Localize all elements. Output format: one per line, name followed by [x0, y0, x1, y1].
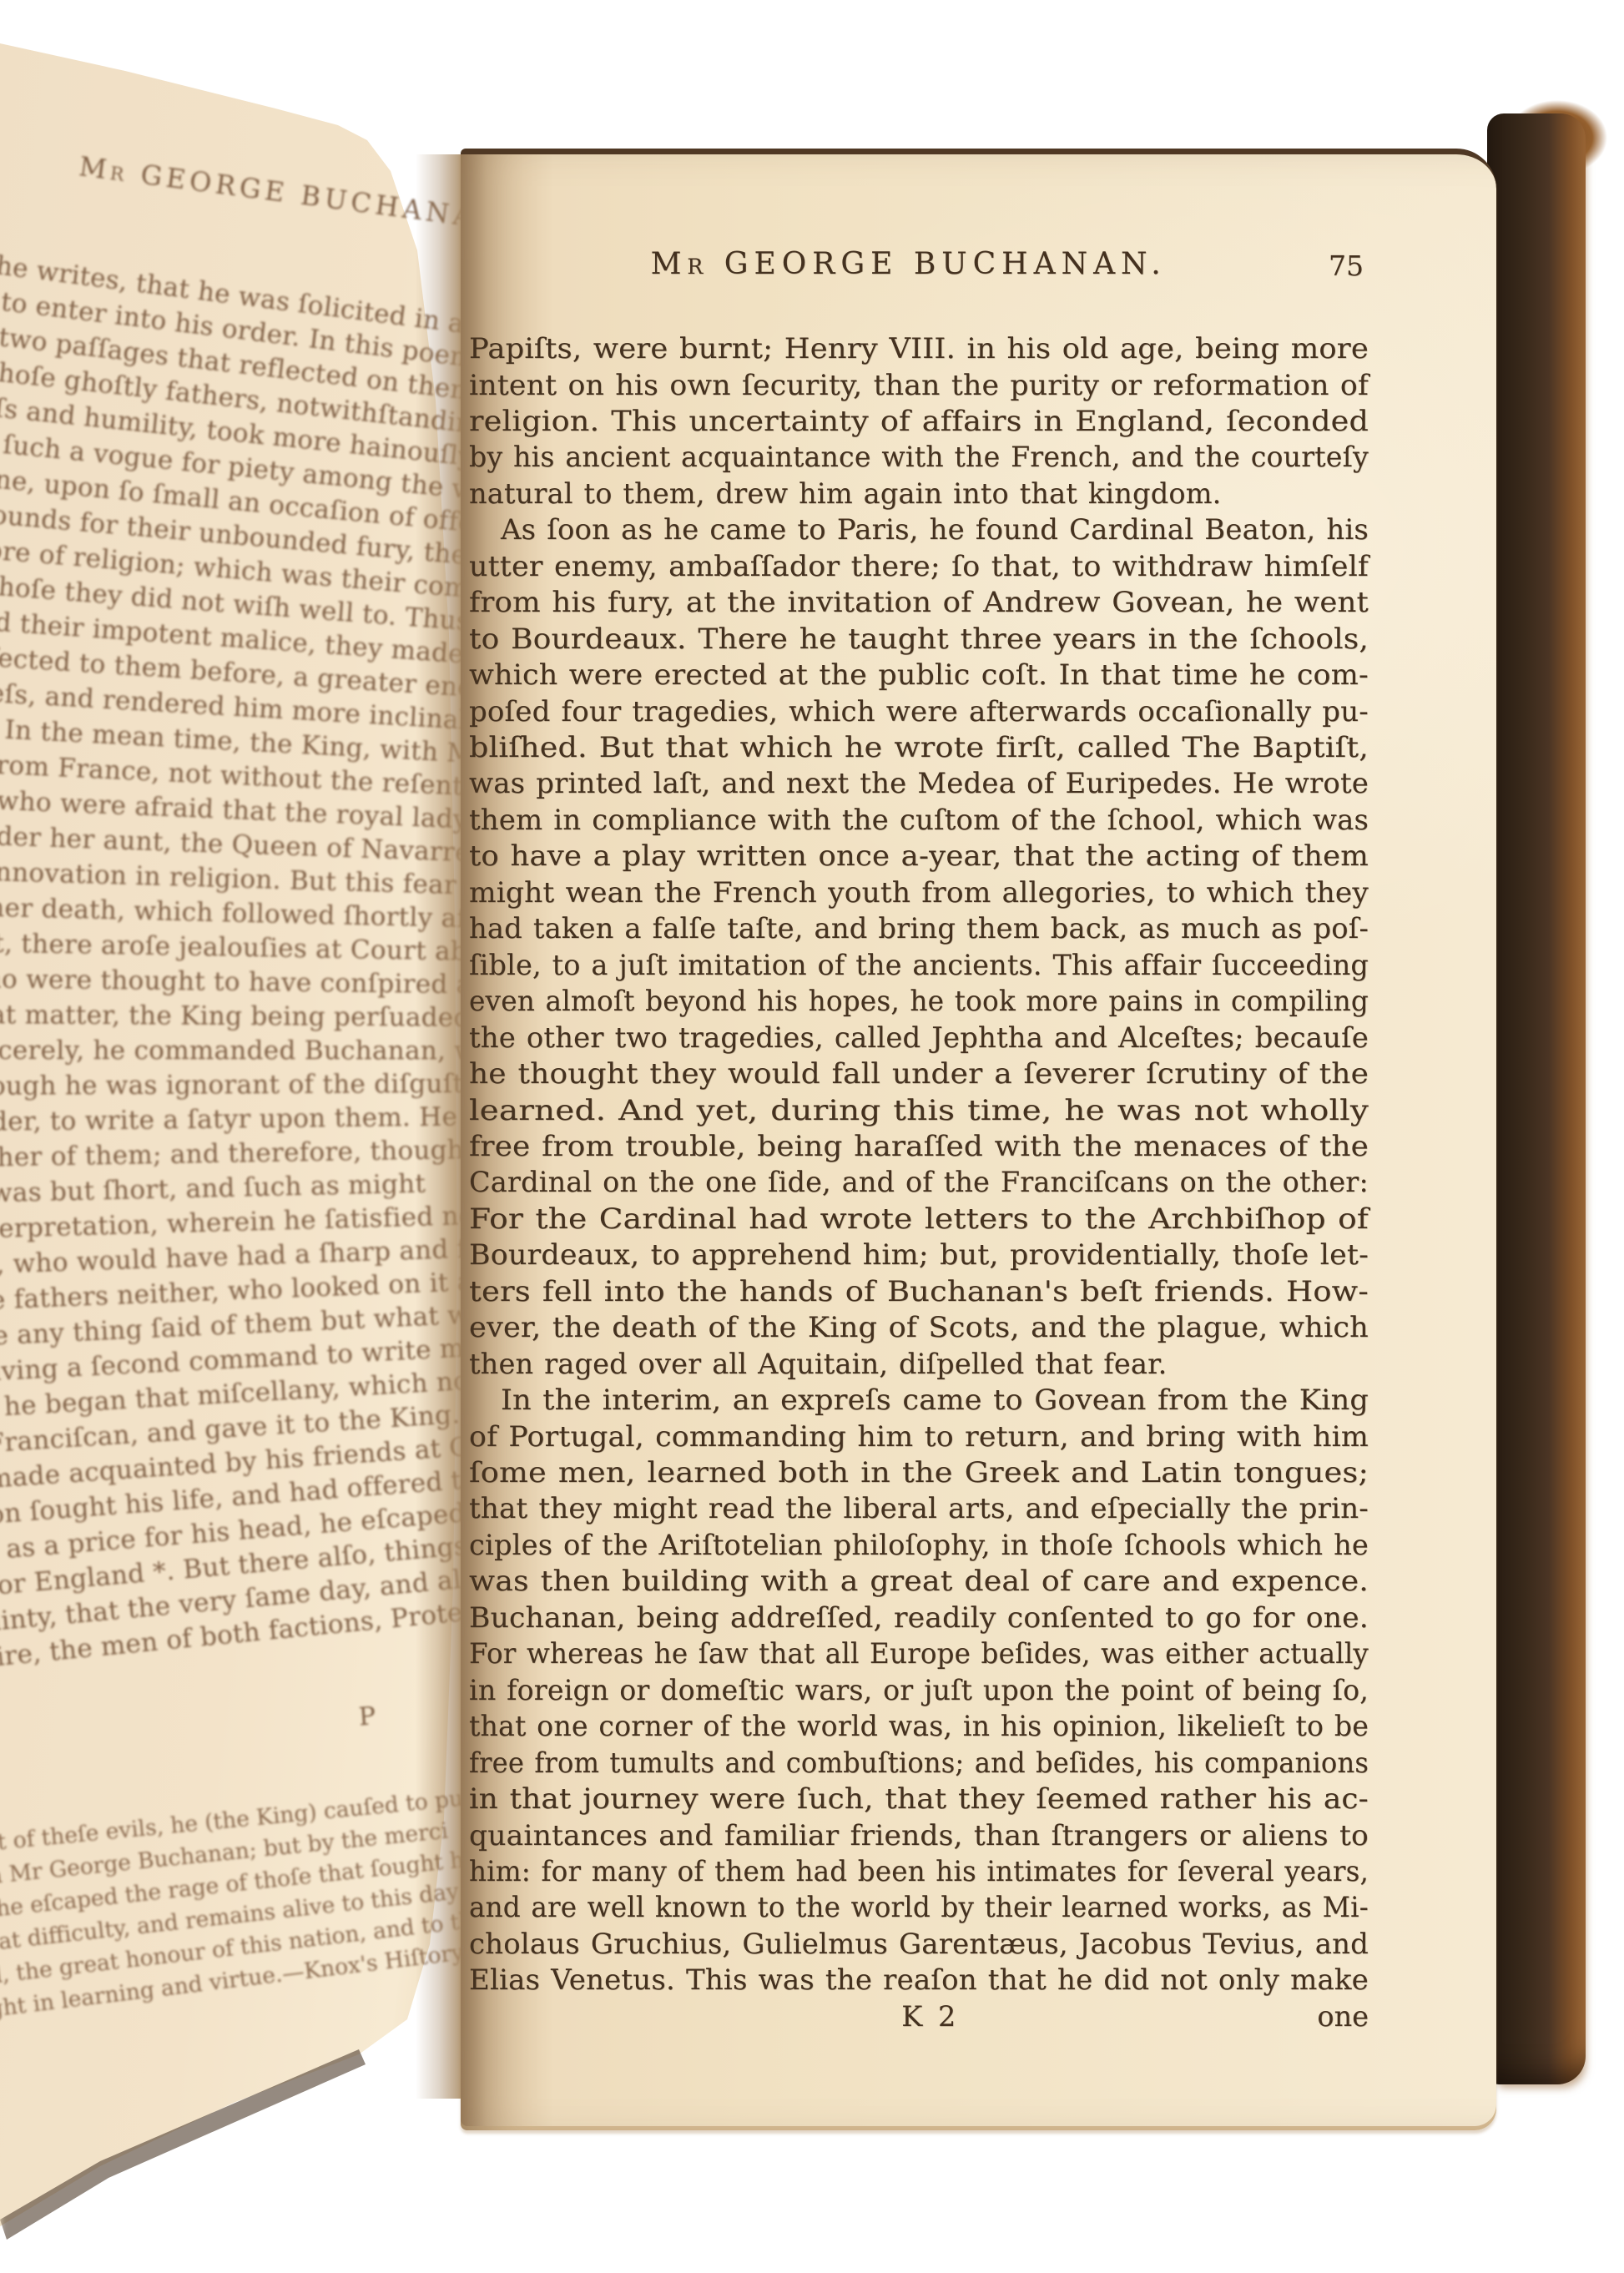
text-line-content: them in compliance with the cuſtom of th…	[469, 804, 1369, 836]
text-line-content: then raged over all Aquitain, diſpelled …	[469, 1348, 1168, 1380]
text-line-content: had taken a falſe taſte, and bring them …	[469, 912, 1369, 945]
right-page-number: 75	[1329, 249, 1364, 282]
text-line-content: in foreign or domeſtic wars, or juſt upo…	[469, 1674, 1369, 1706]
text-line: Bourdeaux, to apprehend him; but, provid…	[469, 1238, 1369, 1271]
catchword: one	[1317, 2000, 1369, 2033]
signature-mark: K 2	[901, 2000, 959, 2033]
text-line-content: In the interim, an expreſs came to Govea…	[501, 1383, 1369, 1416]
text-line-content: by his ancient acquaintance with the Fre…	[469, 441, 1369, 473]
text-line-content: even almoſt beyond his hopes, he took mo…	[469, 985, 1369, 1017]
text-line: might wean the French youth from allegor…	[469, 876, 1369, 909]
text-line: had taken a falſe taſte, and bring them …	[469, 912, 1369, 945]
text-line: that they might read the liberal arts, a…	[469, 1492, 1369, 1525]
text-line: ſible, to a juſt imitation of the ancien…	[469, 949, 1369, 981]
text-line: the other two tragedies, called Jephtha …	[469, 1021, 1369, 1054]
text-line-content: might wean the French youth from allegor…	[469, 876, 1369, 909]
text-line-content: religion. This uncertainty of affairs in…	[469, 405, 1369, 437]
text-line: was printed laſt, and next the Medea of …	[469, 767, 1369, 799]
text-line-content: was then building with a great deal of c…	[469, 1565, 1369, 1597]
text-line: intent on his own ſecurity, than the pur…	[469, 369, 1369, 401]
text-line: that one corner of the world was, in his…	[469, 1710, 1369, 1742]
right-page-text: K 2 one Papiſts, were burnt; Henry VIII.…	[469, 332, 1369, 2101]
text-line: learned. And yet, during this time, he w…	[469, 1094, 1369, 1126]
book-gutter	[416, 154, 467, 2099]
text-line: cholaus Gruchius, Gulielmus Garentæus, J…	[469, 1928, 1369, 1960]
text-line: him: for many of them had been his intim…	[469, 1855, 1369, 1887]
text-line-content: free from tumults and combuſtions; and b…	[469, 1746, 1369, 1779]
text-line-content: the other two tragedies, called Jephtha …	[469, 1021, 1369, 1054]
text-line: he thought they would fall under a ſever…	[469, 1057, 1369, 1090]
text-line: of Portugal, commanding him to return, a…	[469, 1420, 1369, 1453]
text-line: in that journey were ſuch, that they ſee…	[469, 1782, 1369, 1815]
text-line-content: was printed laſt, and next the Medea of …	[469, 767, 1369, 799]
text-line: then raged over all Aquitain, diſpelled …	[469, 1348, 1369, 1380]
book-photo: Mr GEORGE BUCHANAN. P in he writes, that…	[0, 0, 1624, 2273]
text-line: ſome men, learned both in the Greek and …	[469, 1456, 1369, 1489]
text-line-content: that they might read the liberal arts, a…	[469, 1492, 1369, 1525]
text-line: As ſoon as he came to Paris, he found Ca…	[469, 513, 1400, 546]
text-line: Elias Venetus. This was the reaſon that …	[469, 1963, 1369, 1996]
text-line-content: natural to them, drew him again into tha…	[469, 477, 1222, 510]
text-line: by his ancient acquaintance with the Fre…	[469, 441, 1369, 473]
text-line: free from trouble, being haraſſed with t…	[469, 1130, 1369, 1162]
text-line-content: Elias Venetus. This was the reaſon that …	[469, 1963, 1369, 1996]
text-line-content: to have a play written once a-year, that…	[469, 839, 1369, 872]
text-line: from his fury, at the invitation of Andr…	[469, 586, 1369, 618]
text-line-content: Cardinal on the one ſide, and of the Fra…	[469, 1166, 1369, 1198]
text-line: ever, the death of the King of Scots, an…	[469, 1311, 1369, 1343]
text-line: poſed four tragedies, which were afterwa…	[469, 695, 1369, 728]
text-line-content: Papiſts, were burnt; Henry VIII. in his …	[469, 332, 1369, 365]
text-line-content: quaintances and familiar friends, than ſ…	[469, 1819, 1369, 1852]
text-line-content: bliſhed. But that which he wrote firſt, …	[469, 731, 1369, 764]
text-line-content: For whereas he ſaw that all Europe beſid…	[469, 1637, 1369, 1670]
text-line: In the interim, an expreſs came to Govea…	[469, 1383, 1400, 1416]
left-page-catchword: P	[358, 1701, 377, 1731]
text-line-content: ſome men, learned both in the Greek and …	[469, 1456, 1369, 1489]
text-line: in foreign or domeſtic wars, or juſt upo…	[469, 1674, 1369, 1706]
text-line-content: As ſoon as he came to Paris, he found Ca…	[501, 513, 1369, 546]
text-line-content: which were erected at the public coſt. I…	[469, 658, 1369, 691]
text-line-content: intent on his own ſecurity, than the pur…	[469, 369, 1369, 401]
text-line: For whereas he ſaw that all Europe beſid…	[469, 1637, 1369, 1670]
text-line: religion. This uncertainty of affairs in…	[469, 405, 1369, 437]
text-line-content: poſed four tragedies, which were afterwa…	[469, 695, 1369, 728]
text-line: free from tumults and combuſtions; and b…	[469, 1746, 1369, 1779]
text-line-content: ever, the death of the King of Scots, an…	[469, 1311, 1369, 1343]
text-line-content: ciples of the Ariſtotelian philoſophy, i…	[469, 1529, 1369, 1561]
text-line-content: utter enemy, ambaſſador there; ſo that, …	[469, 550, 1369, 582]
text-line: For the Cardinal had wrote letters to th…	[469, 1202, 1369, 1235]
text-line-content: cholaus Gruchius, Gulielmus Garentæus, J…	[469, 1928, 1369, 1960]
text-line-content: from his fury, at the invitation of Andr…	[469, 586, 1369, 618]
text-line-content: he thought they would fall under a ſever…	[469, 1057, 1369, 1090]
text-line: ciples of the Ariſtotelian philoſophy, i…	[469, 1529, 1369, 1561]
text-line-content: that one corner of the world was, in his…	[469, 1710, 1369, 1742]
text-line-content: ters fell into the hands of Buchanan's b…	[469, 1275, 1369, 1308]
text-line-content: to Bourdeaux. There he taught three year…	[469, 622, 1369, 655]
text-line: and are well known to the world by their…	[469, 1891, 1369, 1923]
text-line: utter enemy, ambaſſador there; ſo that, …	[469, 550, 1369, 582]
text-line: Papiſts, were burnt; Henry VIII. in his …	[469, 332, 1369, 365]
text-line: to have a play written once a-year, that…	[469, 839, 1369, 872]
text-line: Cardinal on the one ſide, and of the Fra…	[469, 1166, 1369, 1198]
leather-cover-edge	[1487, 113, 1586, 2084]
text-line-content: learned. And yet, during this time, he w…	[469, 1094, 1369, 1126]
text-line: Buchanan, being addreſſed, readily conſe…	[469, 1601, 1369, 1634]
text-line: bliſhed. But that which he wrote firſt, …	[469, 731, 1369, 764]
text-line-content: of Portugal, commanding him to return, a…	[469, 1420, 1369, 1453]
text-line-content: free from trouble, being haraſſed with t…	[469, 1130, 1369, 1162]
text-line-content: in that journey were ſuch, that they ſee…	[469, 1782, 1369, 1815]
text-line-content: and are well known to the world by their…	[469, 1891, 1369, 1923]
text-line: natural to them, drew him again into tha…	[469, 477, 1369, 510]
text-line: ters fell into the hands of Buchanan's b…	[469, 1275, 1369, 1308]
text-line-content: Bourdeaux, to apprehend him; but, provid…	[469, 1238, 1369, 1271]
text-line-content: ſible, to a juſt imitation of the ancien…	[469, 949, 1369, 981]
text-line: even almoſt beyond his hopes, he took mo…	[469, 985, 1369, 1017]
text-line-content: him: for many of them had been his intim…	[469, 1855, 1369, 1887]
text-line: to Bourdeaux. There he taught three year…	[469, 622, 1369, 655]
right-page-header: Mr GEORGE BUCHANAN.	[651, 247, 1167, 281]
text-line: them in compliance with the cuſtom of th…	[469, 804, 1369, 836]
text-line: was then building with a great deal of c…	[469, 1565, 1369, 1597]
text-line: which were erected at the public coſt. I…	[469, 658, 1369, 691]
text-line-content: For the Cardinal had wrote letters to th…	[469, 1202, 1369, 1235]
text-line: quaintances and familiar friends, than ſ…	[469, 1819, 1369, 1852]
text-line-content: Buchanan, being addreſſed, readily conſe…	[469, 1601, 1369, 1634]
